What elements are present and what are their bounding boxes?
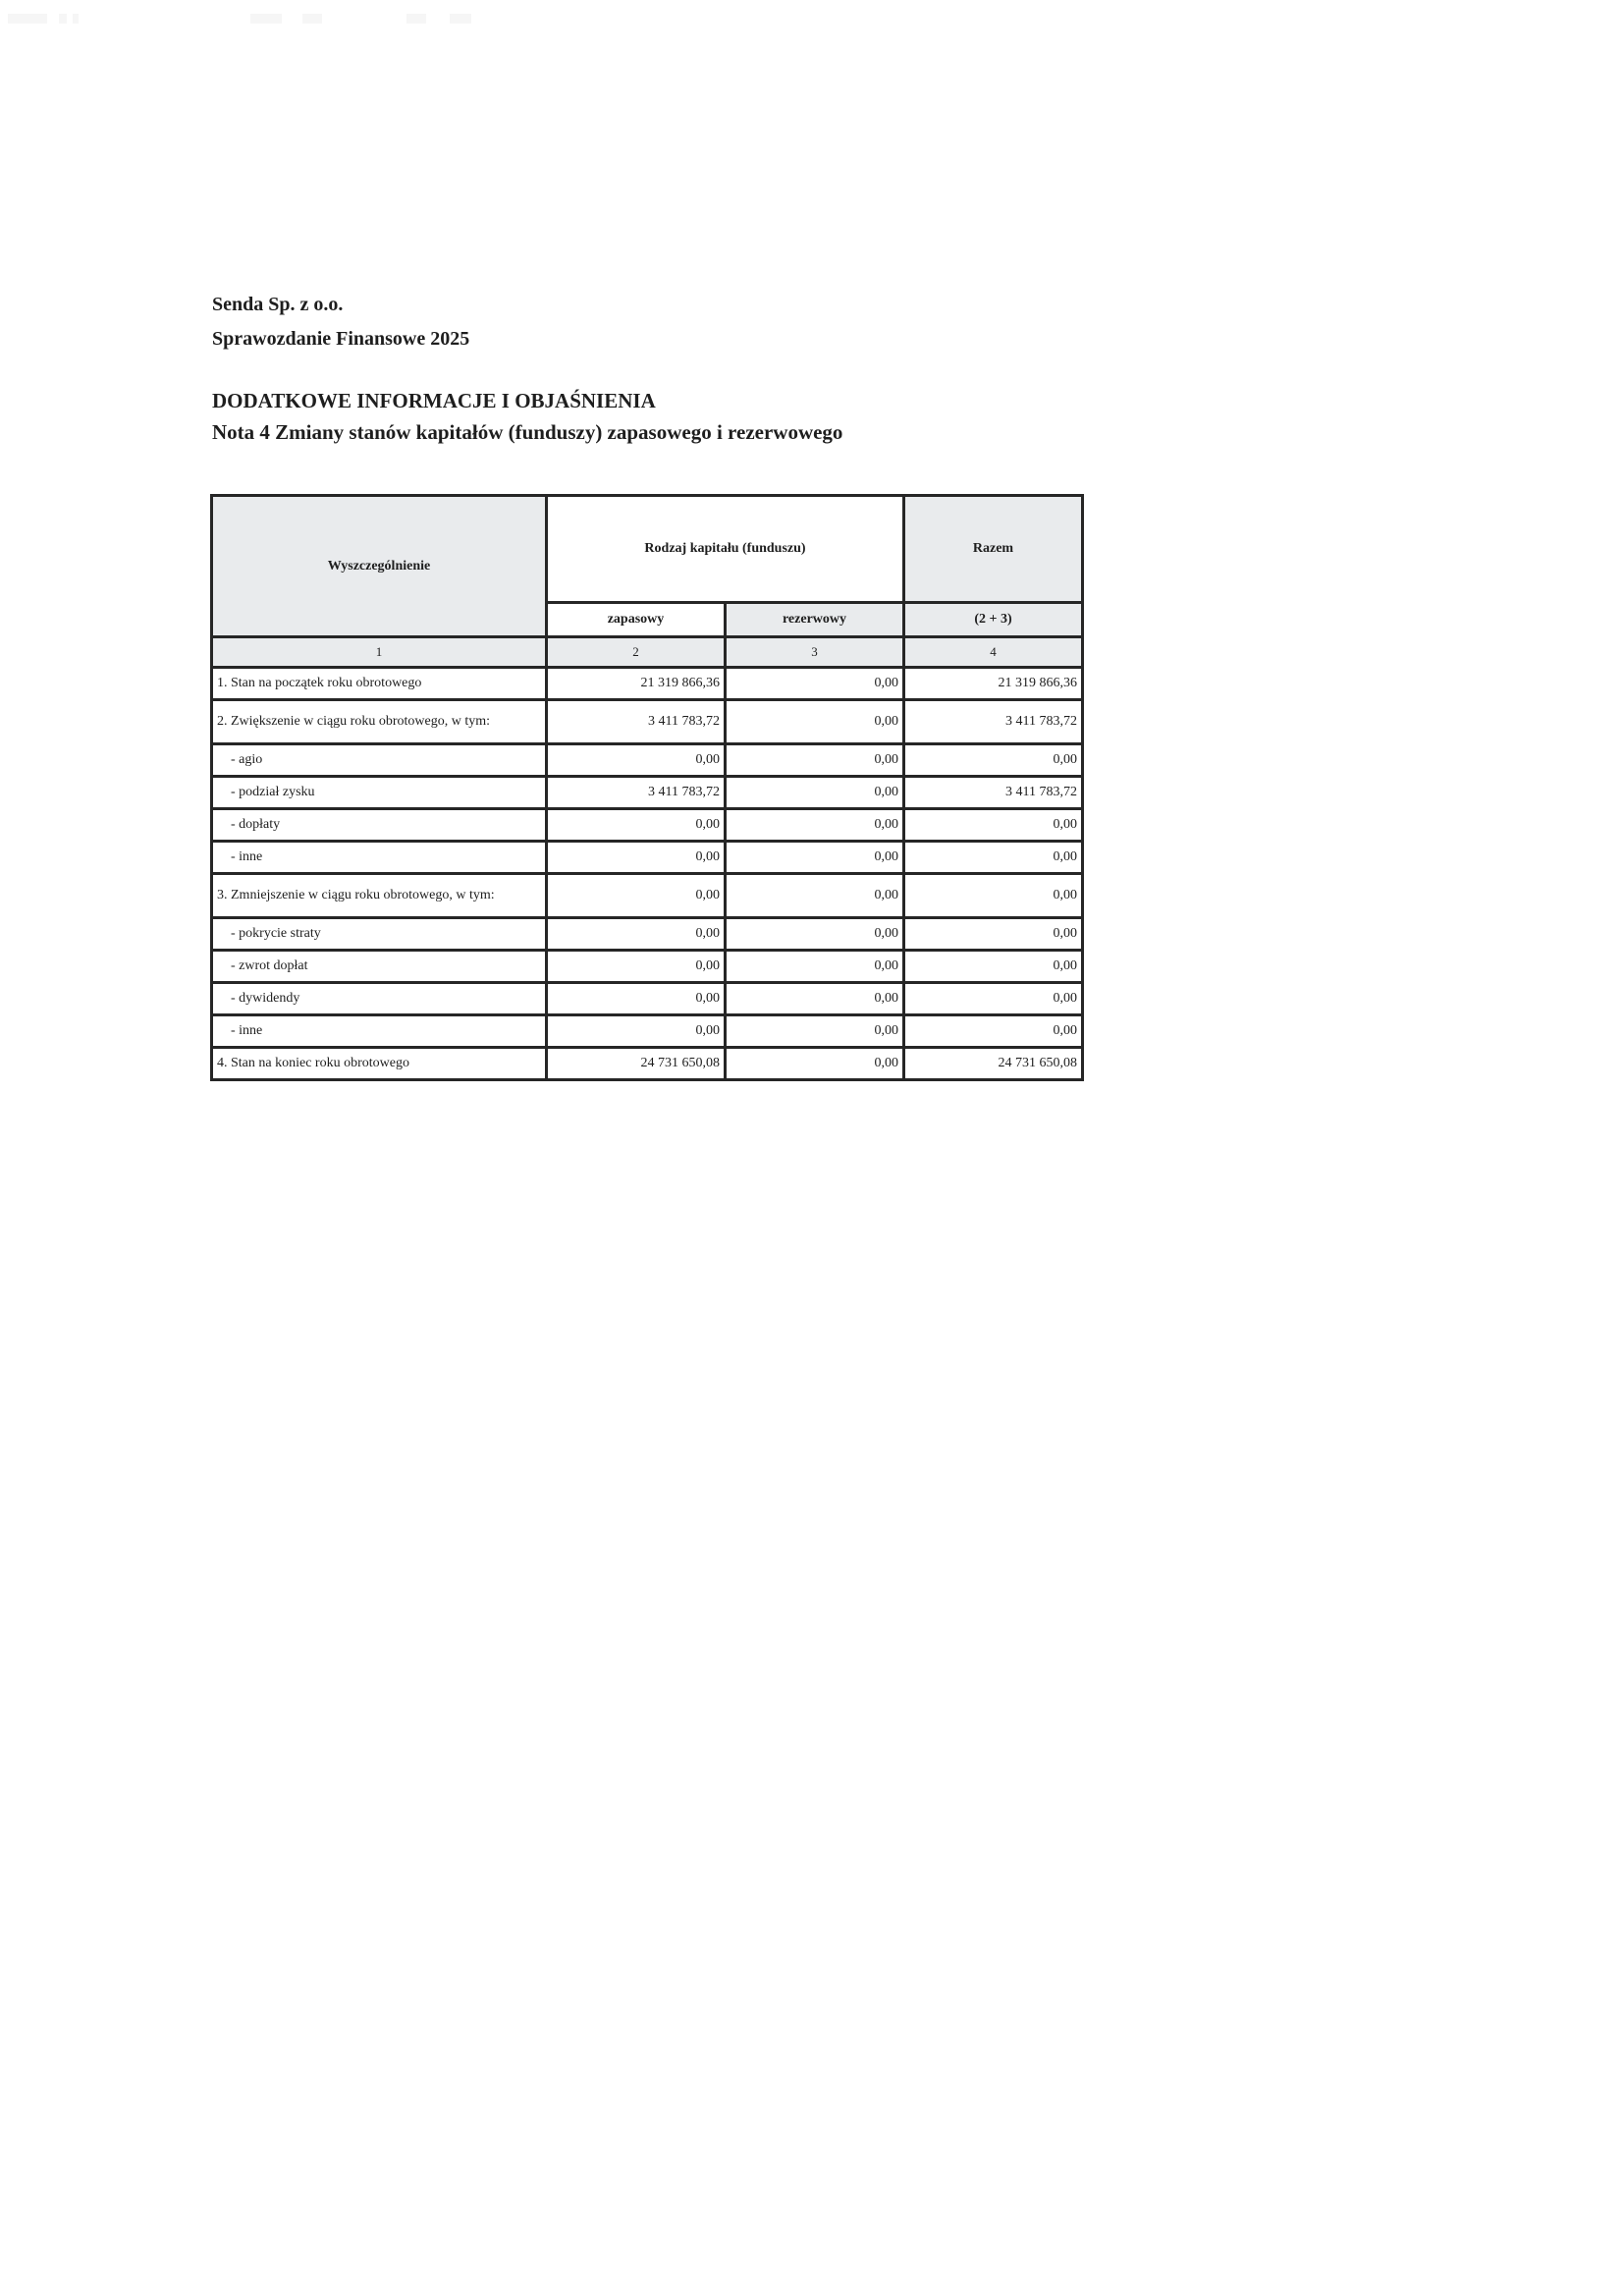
value-razem: 0,00	[904, 1015, 1083, 1048]
value-razem: 3 411 783,72	[904, 777, 1083, 809]
scan-artifacts	[0, 14, 1624, 26]
value-rezerwowy: 0,00	[726, 842, 904, 874]
company-name: Senda Sp. z o.o.	[212, 291, 842, 318]
value-rezerwowy: 0,00	[726, 951, 904, 983]
header-revaluation-reserve: rezerwowy	[726, 603, 904, 637]
table-row: - agio0,000,000,00	[212, 744, 1083, 777]
row-label: 3. Zmniejszenie w ciągu roku obrotowego,…	[212, 874, 547, 918]
value-razem: 21 319 866,36	[904, 668, 1083, 700]
value-rezerwowy: 0,00	[726, 918, 904, 951]
section-title: DODATKOWE INFORMACJE I OBJAŚNIENIA	[212, 387, 842, 414]
row-label: - dopłaty	[212, 809, 547, 842]
table-row: - pokrycie straty0,000,000,00	[212, 918, 1083, 951]
value-zapasowy: 0,00	[547, 842, 726, 874]
table-row: - zwrot dopłat0,000,000,00	[212, 951, 1083, 983]
row-label: 1. Stan na początek roku obrotowego	[212, 668, 547, 700]
value-razem: 0,00	[904, 983, 1083, 1015]
value-zapasowy: 0,00	[547, 983, 726, 1015]
value-razem: 0,00	[904, 809, 1083, 842]
header-reserve-capital: zapasowy	[547, 603, 726, 637]
value-zapasowy: 24 731 650,08	[547, 1048, 726, 1080]
header-description: Wyszczególnienie	[212, 496, 547, 637]
row-label: - inne	[212, 1015, 547, 1048]
value-zapasowy: 3 411 783,72	[547, 777, 726, 809]
table-row: - inne0,000,000,00	[212, 842, 1083, 874]
table-row: 4. Stan na koniec roku obrotowego24 731 …	[212, 1048, 1083, 1080]
value-zapasowy: 0,00	[547, 744, 726, 777]
table-row: 1. Stan na początek roku obrotowego21 31…	[212, 668, 1083, 700]
value-zapasowy: 0,00	[547, 874, 726, 918]
value-rezerwowy: 0,00	[726, 668, 904, 700]
value-rezerwowy: 0,00	[726, 874, 904, 918]
table-row: 3. Zmniejszenie w ciągu roku obrotowego,…	[212, 874, 1083, 918]
value-rezerwowy: 0,00	[726, 744, 904, 777]
value-rezerwowy: 0,00	[726, 1015, 904, 1048]
column-number: 3	[726, 637, 904, 668]
table-row: - podział zysku3 411 783,720,003 411 783…	[212, 777, 1083, 809]
row-label: - pokrycie straty	[212, 918, 547, 951]
table-row: - inne0,000,000,00	[212, 1015, 1083, 1048]
document-header: Senda Sp. z o.o. Sprawozdanie Finansowe …	[212, 291, 842, 446]
value-razem: 0,00	[904, 918, 1083, 951]
header-total: Razem	[904, 496, 1083, 603]
value-rezerwowy: 0,00	[726, 700, 904, 744]
value-razem: 0,00	[904, 874, 1083, 918]
report-title: Sprawozdanie Finansowe 2025	[212, 325, 842, 353]
value-zapasowy: 3 411 783,72	[547, 700, 726, 744]
column-number: 2	[547, 637, 726, 668]
row-label: - inne	[212, 842, 547, 874]
row-label: 2. Zwiększenie w ciągu roku obrotowego, …	[212, 700, 547, 744]
row-label: - dywidendy	[212, 983, 547, 1015]
row-label: - podział zysku	[212, 777, 547, 809]
note-title: Nota 4 Zmiany stanów kapitałów (funduszy…	[212, 418, 842, 446]
value-zapasowy: 21 319 866,36	[547, 668, 726, 700]
value-zapasowy: 0,00	[547, 918, 726, 951]
value-zapasowy: 0,00	[547, 951, 726, 983]
header-capital-type: Rodzaj kapitału (funduszu)	[547, 496, 904, 603]
column-number: 4	[904, 637, 1083, 668]
row-label: 4. Stan na koniec roku obrotowego	[212, 1048, 547, 1080]
value-zapasowy: 0,00	[547, 809, 726, 842]
value-rezerwowy: 0,00	[726, 983, 904, 1015]
value-razem: 0,00	[904, 744, 1083, 777]
value-rezerwowy: 0,00	[726, 1048, 904, 1080]
table-row: 2. Zwiększenie w ciągu roku obrotowego, …	[212, 700, 1083, 744]
table-row: - dywidendy0,000,000,00	[212, 983, 1083, 1015]
value-rezerwowy: 0,00	[726, 777, 904, 809]
value-razem: 3 411 783,72	[904, 700, 1083, 744]
row-label: - zwrot dopłat	[212, 951, 547, 983]
value-razem: 0,00	[904, 951, 1083, 983]
table-row: - dopłaty0,000,000,00	[212, 809, 1083, 842]
row-label: - agio	[212, 744, 547, 777]
capital-changes-table: Wyszczególnienie Rodzaj kapitału (fundus…	[210, 494, 1084, 1081]
value-razem: 24 731 650,08	[904, 1048, 1083, 1080]
value-razem: 0,00	[904, 842, 1083, 874]
header-total-formula: (2 + 3)	[904, 603, 1083, 637]
value-zapasowy: 0,00	[547, 1015, 726, 1048]
value-rezerwowy: 0,00	[726, 809, 904, 842]
column-number: 1	[212, 637, 547, 668]
